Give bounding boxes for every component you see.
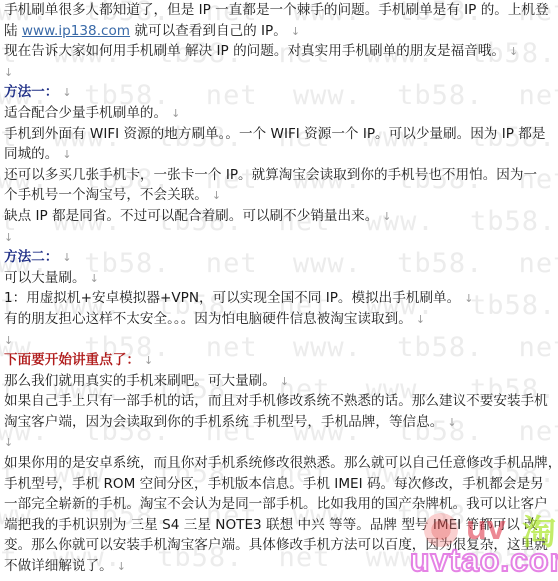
paragraph-mark-icon: ↓ — [280, 375, 289, 388]
paragraph-mark-icon: ↓ — [416, 313, 425, 326]
paragraph-mark-icon: ↓ — [4, 436, 13, 449]
key-point-heading-line: 下面要开始讲重点了：↓ — [4, 350, 558, 371]
paragraph-mark-icon: ↓ — [117, 560, 126, 573]
paragraph-mark-icon: ↓ — [62, 148, 71, 161]
key-point-line: 不做详细解说了。↓ — [4, 556, 558, 577]
method2-line: 有的朋友担心这样不太安全。。。因为怕电脑硬件信息被淘宝读取到。↓ — [4, 309, 558, 330]
key-point-line: 如果你用的是安卓系统，而且你对手机系统修改很熟悉。那么就可以自己任意修改手机品牌… — [4, 453, 558, 474]
method1-heading: 方法一： — [4, 84, 58, 100]
blank-line: ↓ — [4, 432, 558, 453]
paragraph-mark-icon: ↓ — [62, 251, 71, 264]
key-point-line: 淘宝客户端，因为会读取到你的手机系统 手机型号，手机品牌，等信息。↓ — [4, 412, 558, 433]
method2-heading: 方法二： — [4, 249, 58, 265]
blank-line: ↓ — [4, 330, 558, 351]
key-point-line: 如果自己手上只有一部手机的话，而且对手机修改系统不熟悉的话。那么建议不要安装手机 — [4, 391, 558, 412]
paragraph-mark-icon: ↓ — [4, 334, 13, 347]
paragraph-mark-icon: ↓ — [464, 292, 473, 305]
method1-heading-line: 方法一：↓ — [4, 82, 558, 103]
paragraph-mark-icon: ↓ — [144, 354, 153, 367]
paragraph-mark-icon: ↓ — [171, 107, 180, 120]
blank-line: ↓ — [4, 227, 558, 248]
key-point-line: 手机型号，手机 ROM 空间分区，手机版本信息。手机 IMEI 码。每次修改，手… — [4, 474, 558, 495]
paragraph-mark-icon: ↓ — [62, 86, 71, 99]
key-point-line: 变。那么你就可以安装手机淘宝客户端。具体修改手机方法可以百度，因为很复杂，这里就 — [4, 535, 558, 556]
intro-paragraph-line: 现在告诉大家如何用手机刷单 解决 IP 的问题。对真实用手机刷单的朋友是福音哦。… — [4, 41, 558, 62]
method2-line: 可以大量刷。↓ — [4, 268, 558, 289]
key-point-line: 一部完全崭新的手机。淘宝不会认为是同一部手机。比如我用的国产杂牌机。我可以让客户 — [4, 494, 558, 515]
intro-paragraph-line: 手机刷单很多人都知道了，但是 IP 一直都是一个棘手的问题。手机刷单是有 IP … — [4, 0, 558, 21]
paragraph-mark-icon: ↓ — [291, 25, 300, 38]
paragraph-mark-icon: ↓ — [4, 66, 13, 79]
key-point-line: 那么我们就用真实的手机来刷吧。可大量刷。↓ — [4, 371, 558, 392]
paragraph-mark-icon: ↓ — [212, 189, 221, 202]
intro-paragraph-line: 陆 www.ip138.com 就可以查看到自己的 IP。↓ — [4, 21, 558, 42]
method2-heading-line: 方法二：↓ — [4, 247, 558, 268]
paragraph-mark-icon: ↓ — [4, 231, 13, 244]
method2-line: 1：用虚拟机+安卓模拟器+VPN，可以实现全国不同 IP。模拟出手机刷单。↓ — [4, 288, 558, 309]
method1-line: 个手机号一个淘宝号，不会关联。↓ — [4, 185, 558, 206]
blank-line: ↓ — [4, 62, 558, 83]
method1-line: 适合配合少量手机刷单的。↓ — [4, 103, 558, 124]
ip138-link[interactable]: www.ip138.com — [22, 23, 130, 39]
article-body: 手机刷单很多人都知道了，但是 IP 一直都是一个棘手的问题。手机刷单是有 IP … — [0, 0, 558, 577]
paragraph-mark-icon: ↓ — [90, 272, 99, 285]
key-point-line: 端把我的手机识别为 三星 S4 三星 NOTE3 联想 中兴 等等。品牌 型号 … — [4, 515, 558, 536]
paragraph-mark-icon: ↓ — [382, 210, 391, 223]
method1-line: 同城的。↓ — [4, 144, 558, 165]
paragraph-mark-icon: ↓ — [447, 416, 456, 429]
key-point-heading: 下面要开始讲重点了： — [4, 352, 140, 368]
method1-line: 还可以多买几张手机卡，一张卡一个 IP。就算淘宝会读取到你的手机号也不用怕。因为… — [4, 165, 558, 186]
paragraph-mark-icon: ↓ — [509, 45, 518, 58]
method1-line: 缺点 IP 都是同省。不过可以配合着刷。可以刷不少销量出来。↓ — [4, 206, 558, 227]
method1-line: 手机到外面有 WIFI 资源的地方刷单。。一个 WIFI 资源一个 IP。可以少… — [4, 124, 558, 145]
